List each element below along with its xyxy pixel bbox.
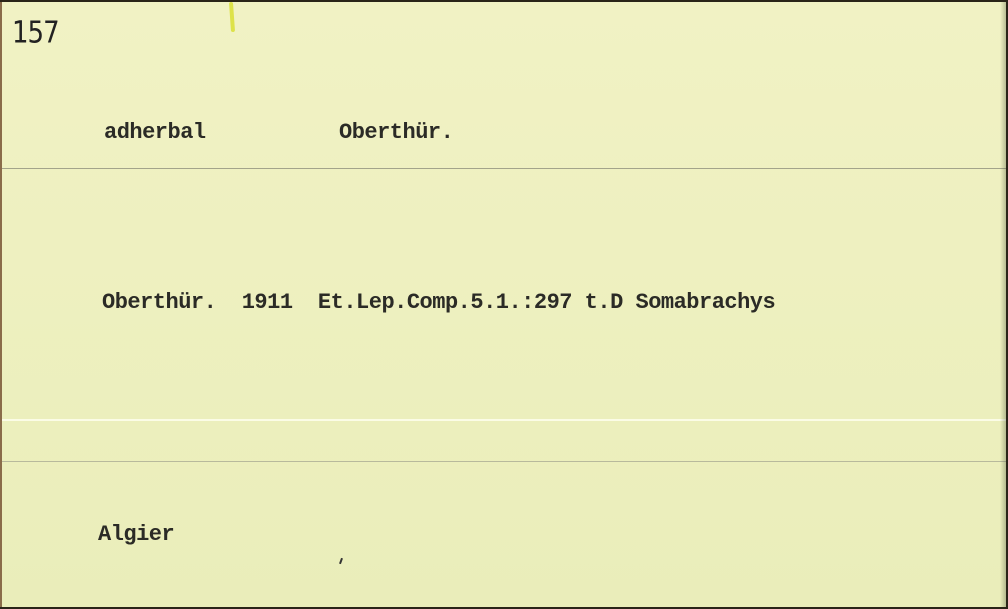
locality: Algier	[98, 522, 174, 547]
reference-line: Oberthür. 1911 Et.Lep.Comp.5.1.:297 t.D …	[102, 290, 775, 315]
handwritten-number: 157	[12, 16, 59, 51]
highlighter-mark	[229, 2, 235, 32]
index-card: 157 adherbal Oberthür. Oberthür. 1911 Et…	[0, 2, 1006, 607]
divider-line	[2, 168, 1006, 169]
ink-speck	[339, 558, 343, 564]
scan-glare-line	[2, 419, 1006, 421]
species-name: adherbal	[104, 120, 206, 145]
author-name: Oberthür.	[339, 120, 453, 145]
divider-line	[2, 461, 1006, 462]
